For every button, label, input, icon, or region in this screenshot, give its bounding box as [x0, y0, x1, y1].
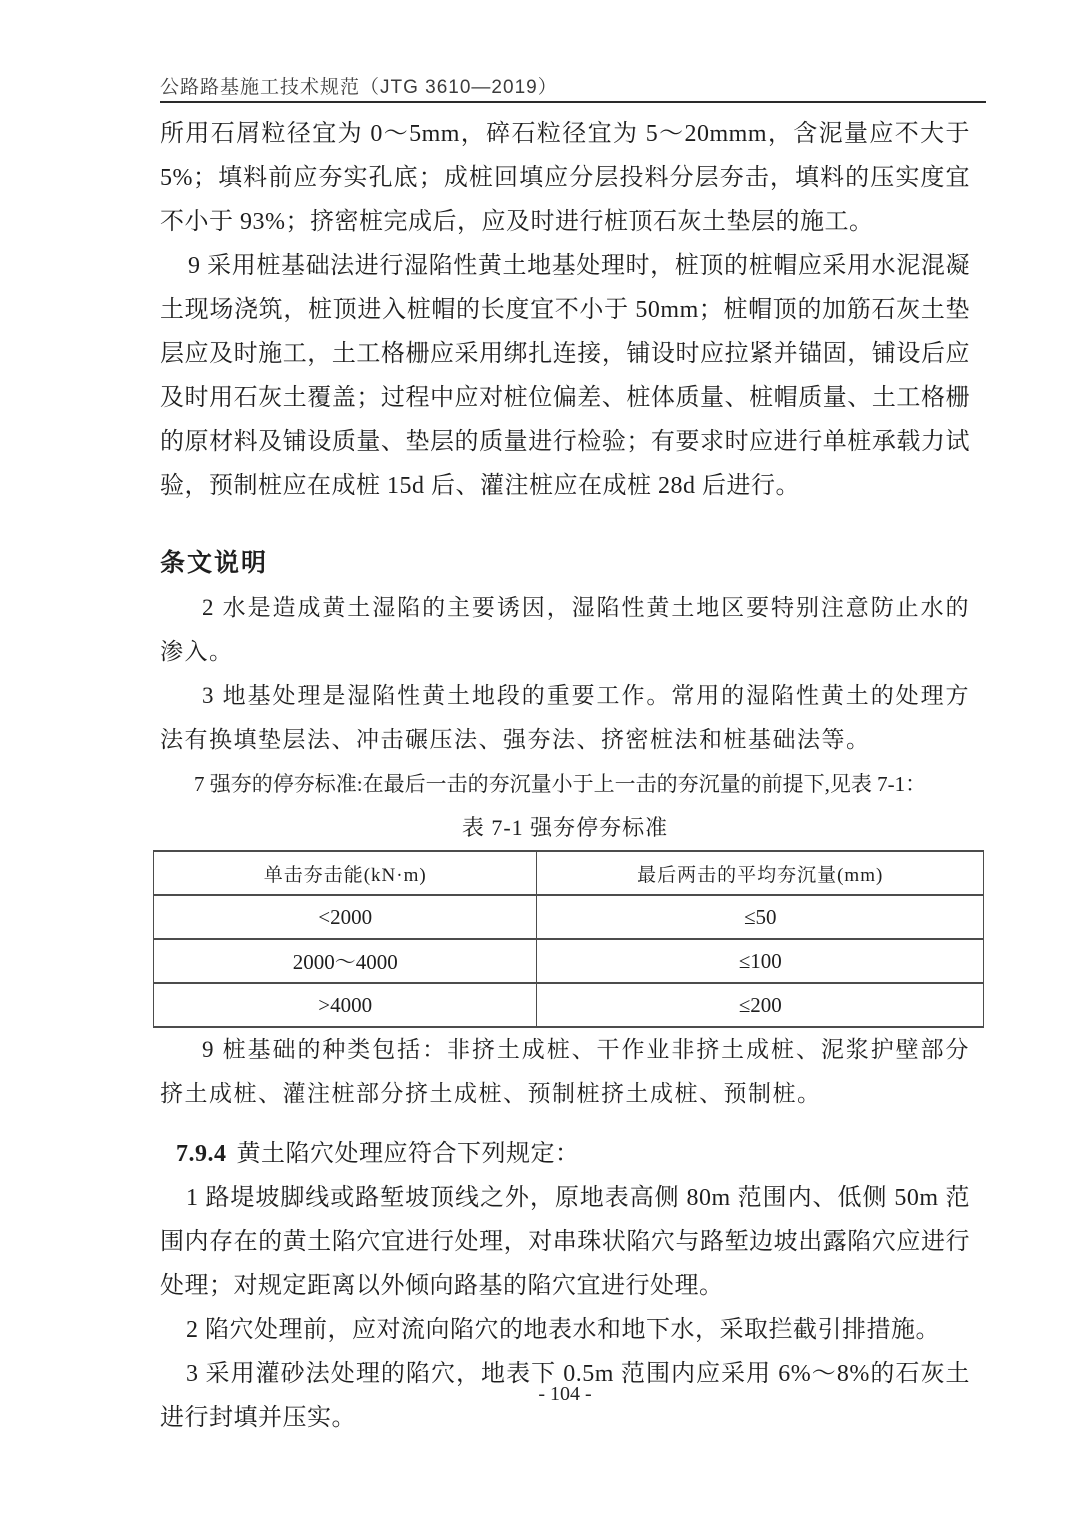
- explanation-item-9: 9 桩基础的种类包括：非挤土成桩、干作业非挤土成桩、泥浆护壁部分挤土成桩、灌注桩…: [160, 1028, 970, 1116]
- header-rule: [160, 101, 986, 103]
- running-header-title: 公路路基施工技术规范（JTG 3610—2019）: [160, 72, 558, 99]
- clause-7-9-4-heading: 7.9.4黄土陷穴处理应符合下列规定：: [160, 1132, 970, 1176]
- cell-energy: >4000: [154, 983, 537, 1027]
- explanation-item-7: 7 强夯的停夯标准:在最后一击的夯沉量小于上一击的夯沉量的前提下,见表 7-1：: [160, 762, 970, 806]
- page-body: 所用石屑粒径宜为 0～5mm，碎石粒径宜为 5～20mmm，含泥量应不大于 5%…: [160, 112, 970, 1440]
- table-row: <2000 ≤50: [154, 895, 984, 939]
- cell-energy: <2000: [154, 895, 537, 939]
- document-page: 公路路基施工技术规范（JTG 3610—2019） 所用石屑粒径宜为 0～5mm…: [0, 0, 1074, 1520]
- explanation-heading: 条文说明: [160, 542, 970, 586]
- cell-energy: 2000～4000: [154, 939, 537, 983]
- paragraph-item-9: 9 采用桩基础法进行湿陷性黄土地基处理时，桩顶的桩帽应采用水泥混凝土现场浇筑，桩…: [160, 244, 970, 508]
- page-number: - 104 -: [160, 1383, 970, 1406]
- clause-item-2: 2 陷穴处理前，应对流向陷穴的地表水和地下水，采取拦截引排措施。: [160, 1308, 970, 1352]
- column-header-tamping-energy: 单击夯击能(kN·m): [154, 851, 537, 895]
- stop-tamping-standard-table: 单击夯击能(kN·m) 最后两击的平均夯沉量(mm) <2000 ≤50 200…: [153, 850, 984, 1028]
- column-header-average-settlement: 最后两击的平均夯沉量(mm): [537, 851, 984, 895]
- clause-number: 7.9.4: [176, 1141, 227, 1167]
- cell-settlement: ≤50: [537, 895, 984, 939]
- table-caption: 表 7-1 强夯停夯标准: [160, 806, 970, 850]
- table-row: 2000～4000 ≤100: [154, 939, 984, 983]
- paragraph-continuation: 所用石屑粒径宜为 0～5mm，碎石粒径宜为 5～20mmm，含泥量应不大于 5%…: [160, 112, 970, 244]
- cell-settlement: ≤100: [537, 939, 984, 983]
- clause-item-1: 1 路堤坡脚线或路堑坡顶线之外，原地表高侧 80m 范围内、低侧 50m 范围内…: [160, 1176, 970, 1308]
- cell-settlement: ≤200: [537, 983, 984, 1027]
- explanation-item-2: 2 水是造成黄土湿陷的主要诱因，湿陷性黄土地区要特别注意防止水的渗入。: [160, 586, 970, 674]
- clause-title: 黄土陷穴处理应符合下列规定：: [237, 1141, 580, 1167]
- table-row: >4000 ≤200: [154, 983, 984, 1027]
- table-header-row: 单击夯击能(kN·m) 最后两击的平均夯沉量(mm): [154, 851, 984, 895]
- explanation-item-3: 3 地基处理是湿陷性黄土地段的重要工作。常用的湿陷性黄土的处理方法有换填垫层法、…: [160, 674, 970, 762]
